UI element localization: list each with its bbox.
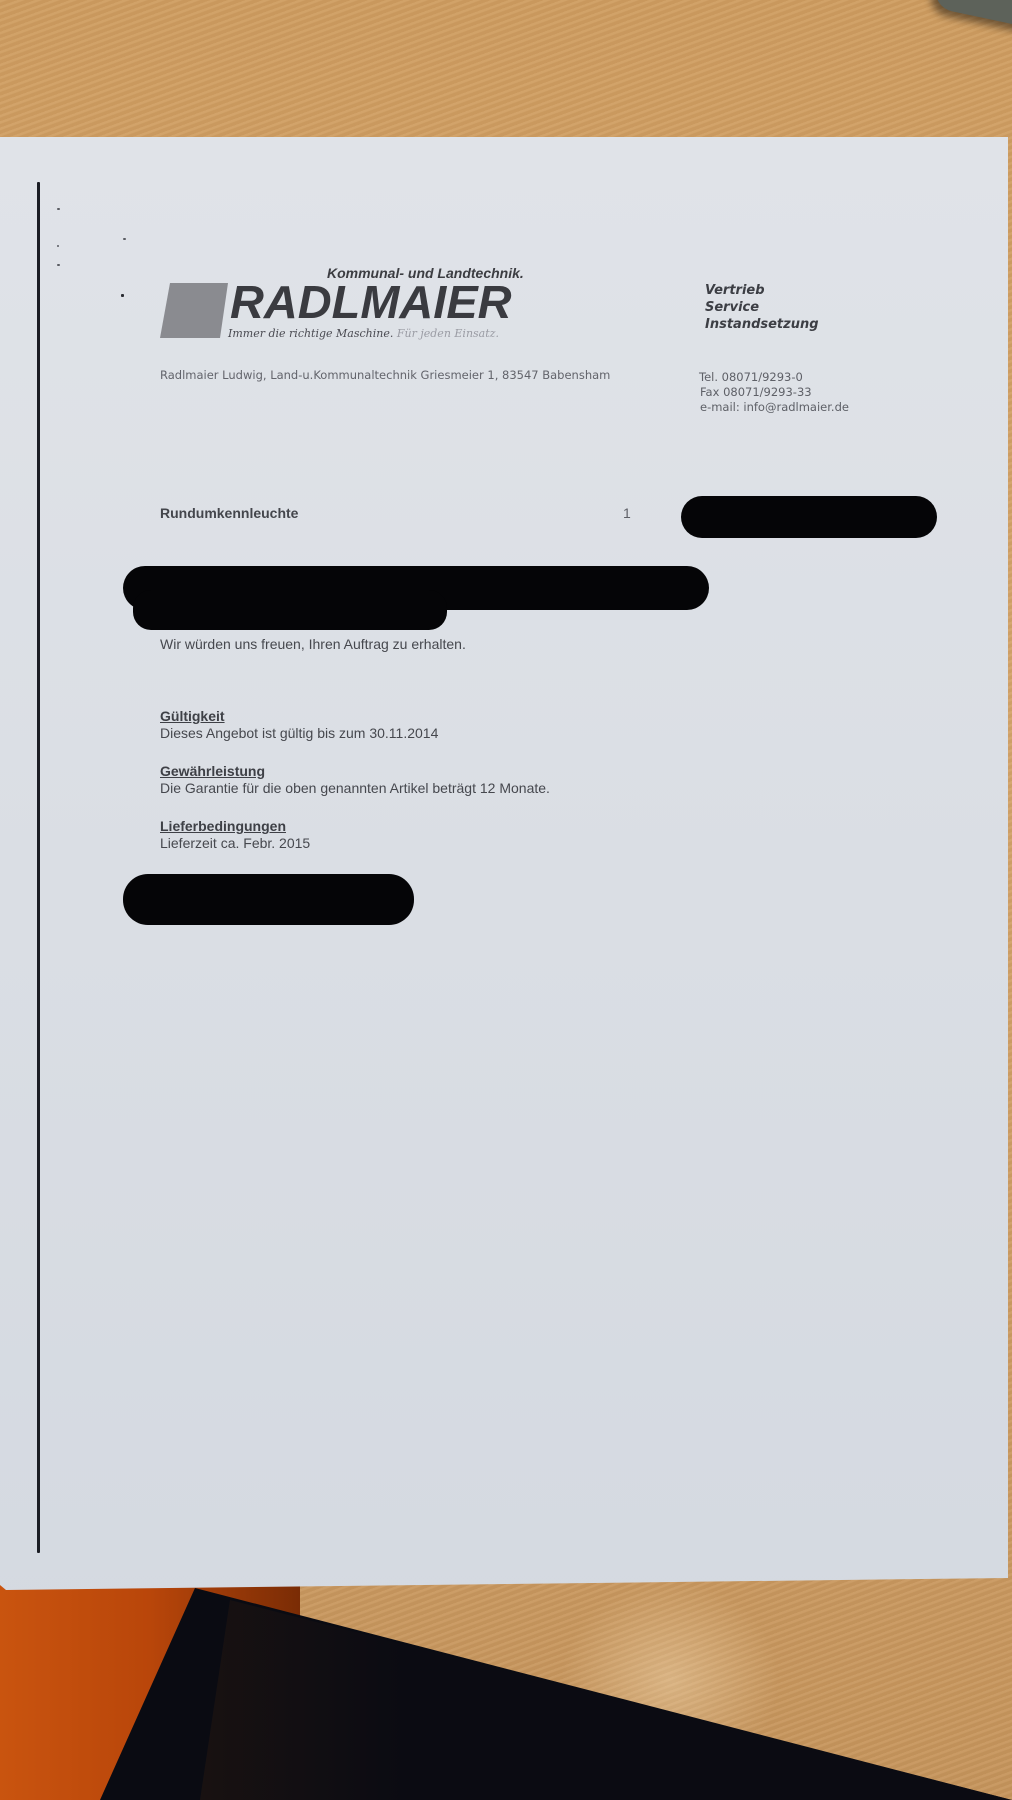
gray-parallelogram-logo-icon [160,283,228,338]
paper-speck [123,238,126,240]
term-delivery: Lieferbedingungen Lieferzeit ca. Febr. 2… [160,818,310,852]
contact-email: e-mail: info@radlmaier.de [699,400,849,415]
contact-fax: Fax 08071/9293-33 [699,385,849,400]
paper-speck [57,245,59,247]
closing-text: Wir würden uns freuen, Ihren Auftrag zu … [160,636,466,652]
company-slogan: Immer die richtige Maschine. Für jeden E… [228,327,499,340]
item-quantity: 1 [623,505,631,521]
slogan-secondary: Für jeden Einsatz. [397,327,499,340]
company-name: RADLMAIER [230,276,512,328]
services-list: Vertrieb Service Instandsetzung [705,282,819,333]
redacted-signature [123,874,414,925]
term-delivery-text: Lieferzeit ca. Febr. 2015 [160,835,310,852]
contact-block: Tel. 08071/9293-0 Fax 08071/9293-33 e-ma… [699,370,849,415]
term-validity-heading: Gültigkeit [160,708,438,725]
company-logo: Kommunal- und Landtechnik. RADLMAIER Imm… [160,262,580,352]
paper-speck [121,294,124,297]
term-warranty-heading: Gewährleistung [160,763,550,780]
sender-address-line: Radlmaier Ludwig, Land-u.Kommunaltechnik… [160,368,610,382]
term-validity: Gültigkeit Dieses Angebot ist gültig bis… [160,708,438,742]
term-warranty-text: Die Garantie für die oben genannten Arti… [160,780,550,797]
paper-speck [57,208,60,210]
item-name: Rundumkennleuchte [160,505,298,521]
paper-speck [57,264,60,266]
paper-left-margin-line [37,182,40,1553]
slogan-primary: Immer die richtige Maschine. [228,327,393,340]
service-service: Service [705,299,819,316]
term-delivery-heading: Lieferbedingungen [160,818,310,835]
contact-phone: Tel. 08071/9293-0 [699,370,849,385]
term-validity-text: Dieses Angebot ist gültig bis zum 30.11.… [160,725,438,742]
term-warranty: Gewährleistung Die Garantie für die oben… [160,763,550,797]
redacted-price [681,496,937,538]
service-sales: Vertrieb [705,282,819,299]
redacted-paragraph-line-2 [133,590,447,630]
service-repair: Instandsetzung [705,316,819,333]
